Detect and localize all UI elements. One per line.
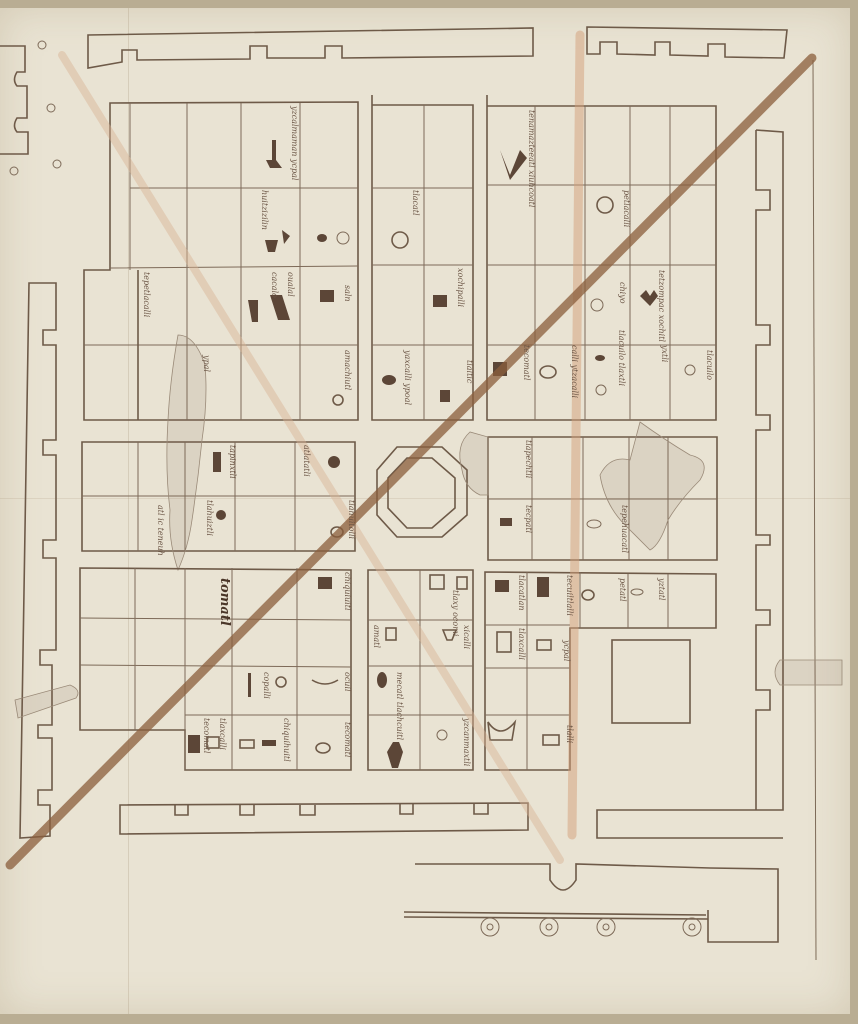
wall-south [120,803,528,834]
lock-glyph-icon [276,677,286,687]
label-nw-d: cacalo [270,272,278,298]
label-e-a: tlapechtli [524,440,532,478]
chest-glyph-icon [433,295,447,307]
label-n-c: yaxcalli ypoal [403,350,411,405]
label-sw-g: tecomatl [343,722,351,757]
figure-glyph-icon [248,295,290,322]
crown-glyph-icon [640,290,658,306]
label-w-a: tepetlacalli [142,272,150,317]
label-sw-f: chiquihuitl [282,718,290,762]
pot-glyph-icon [382,375,396,385]
crate-glyph-icon [318,577,332,589]
nw-corner-fort [0,41,61,175]
label-ne-f: tlacuilo [705,350,713,380]
label-sw-e: tlaxcalli [218,718,226,750]
octagonal-fountain [377,447,467,537]
hatched-oval-west [15,685,78,718]
fish-glyph-icon [631,589,643,595]
label-ne-h: tecomatl [522,345,530,380]
rings-glyph-icon [437,730,447,740]
small-circle-glyph-icon [685,365,695,375]
label-ne-i: calli ytzacalli [570,345,578,398]
hatched-water-strip [167,335,206,570]
oval-glyph-icon [591,299,603,311]
label-s-e: yzcanmaxtli [462,718,470,766]
label-s-b: amatl [372,625,380,648]
bench-glyph-icon [240,740,254,748]
cloud-glyph-icon [587,520,601,528]
label-w-e: atl ic teneuh [156,505,164,556]
label-se-a: tlacatlan [517,575,525,611]
label-w-c: tapinxtli [228,445,236,479]
frame-glyph-icon [457,577,467,589]
label-se-e: petatl [618,578,626,602]
wings-glyph-icon [500,150,527,180]
label-ne-g: yxtli [660,345,668,362]
label-se-b: tecuiltlalli [565,575,573,616]
bean-glyph-icon [317,234,327,242]
vessel-glyph-icon [265,230,290,252]
checker-glyph-icon [537,577,549,597]
label-nw-f: amachiutl [343,350,351,390]
label-ne-c: petlacalli [622,190,630,227]
bundle-glyph-icon [540,366,556,378]
round-shield-glyph-icon [392,232,408,248]
wall-north-left [88,28,533,68]
block-e-grid [460,422,717,560]
roll-glyph-icon [537,640,551,650]
label-sw-c: copalli [262,672,270,699]
label-ne-a: tenamazteeatl xiuhcoatl [527,110,535,207]
map-drawing [0,0,858,1024]
label-se-f: yztatl [657,578,665,601]
label-nw-e: saln [343,285,351,302]
mat-glyph-icon [497,632,511,652]
label-n-a: tlacatl [411,190,419,216]
label-nw-c: oualal [286,272,294,297]
south-gate [404,864,778,942]
label-nw-a: yzcalmaman ycpal [290,106,298,180]
label-sw-d: ocuil [343,672,351,692]
chain-glyph-icon [312,680,338,684]
block-sw-grid [80,568,351,770]
label-w-b: ypal [202,355,210,372]
window-glyph-icon [386,628,396,640]
label-center-b: tlahuitolli [347,500,355,539]
label-sw-tomatl: tomatl [218,578,231,626]
label-e-c: tepehuacatl [620,505,628,553]
bag-glyph-icon [488,722,515,740]
label-sw-h: tecomatl [202,718,210,753]
loom-glyph-icon [188,735,200,753]
label-se-d: ycpal [562,640,570,661]
label-ne-j: tlacuilo tlaxtli [617,330,625,386]
tablet-glyph-icon [213,452,221,472]
label-s-c: xicalli [462,625,470,649]
shell-glyph-icon [596,385,606,395]
label-n-b: xochipalli [456,268,464,307]
wall-west [20,283,56,838]
strike-through-lines [10,35,812,865]
label-s-d: mecatl tlachcuitl [395,672,403,740]
house-glyph-icon [320,290,334,302]
label-s-a: tlaxy ocomi [451,590,459,636]
wall-north-right [587,27,787,58]
circle-glyph-icon [337,232,349,244]
label-ne-e: chiyo [618,282,626,304]
jar-glyph-icon [316,743,330,753]
altar-glyph-icon [543,735,559,745]
seat-glyph-icon [430,575,444,589]
label-n-d: tlaltic [465,360,473,383]
seed-glyph-icon [333,395,343,405]
label-center-a: atlatatli [302,445,310,477]
label-ne-d: tetzompac xochitl [657,270,665,342]
guitar-glyph-icon [377,672,387,688]
label-w-d: tlahuiztli [205,500,213,536]
idol-glyph-icon [387,742,403,768]
block-n-grid [372,95,473,420]
slab-glyph-icon [262,740,276,746]
hatched-oval-east [775,660,842,685]
stool-glyph-icon [440,390,450,402]
label-se-c: tlaxcalli [517,628,525,660]
label-sw-b: chiquiuitl [343,572,351,611]
dark-bean-glyph-icon [595,355,605,361]
dark-circle-glyph-icon [328,456,340,468]
label-e-b: tecpatl [524,505,532,533]
half-disc-glyph-icon [597,197,613,213]
label-nw-b: huitzizilin [260,190,268,230]
mace-glyph-icon [216,510,226,520]
bed-glyph-icon [495,580,509,592]
label-se-g: tlalli [565,725,573,743]
box-glyph-icon [500,518,512,526]
stick-glyph-icon [248,673,251,697]
disc-glyph-icon [582,590,594,600]
flower-glyph-icon [266,140,282,168]
